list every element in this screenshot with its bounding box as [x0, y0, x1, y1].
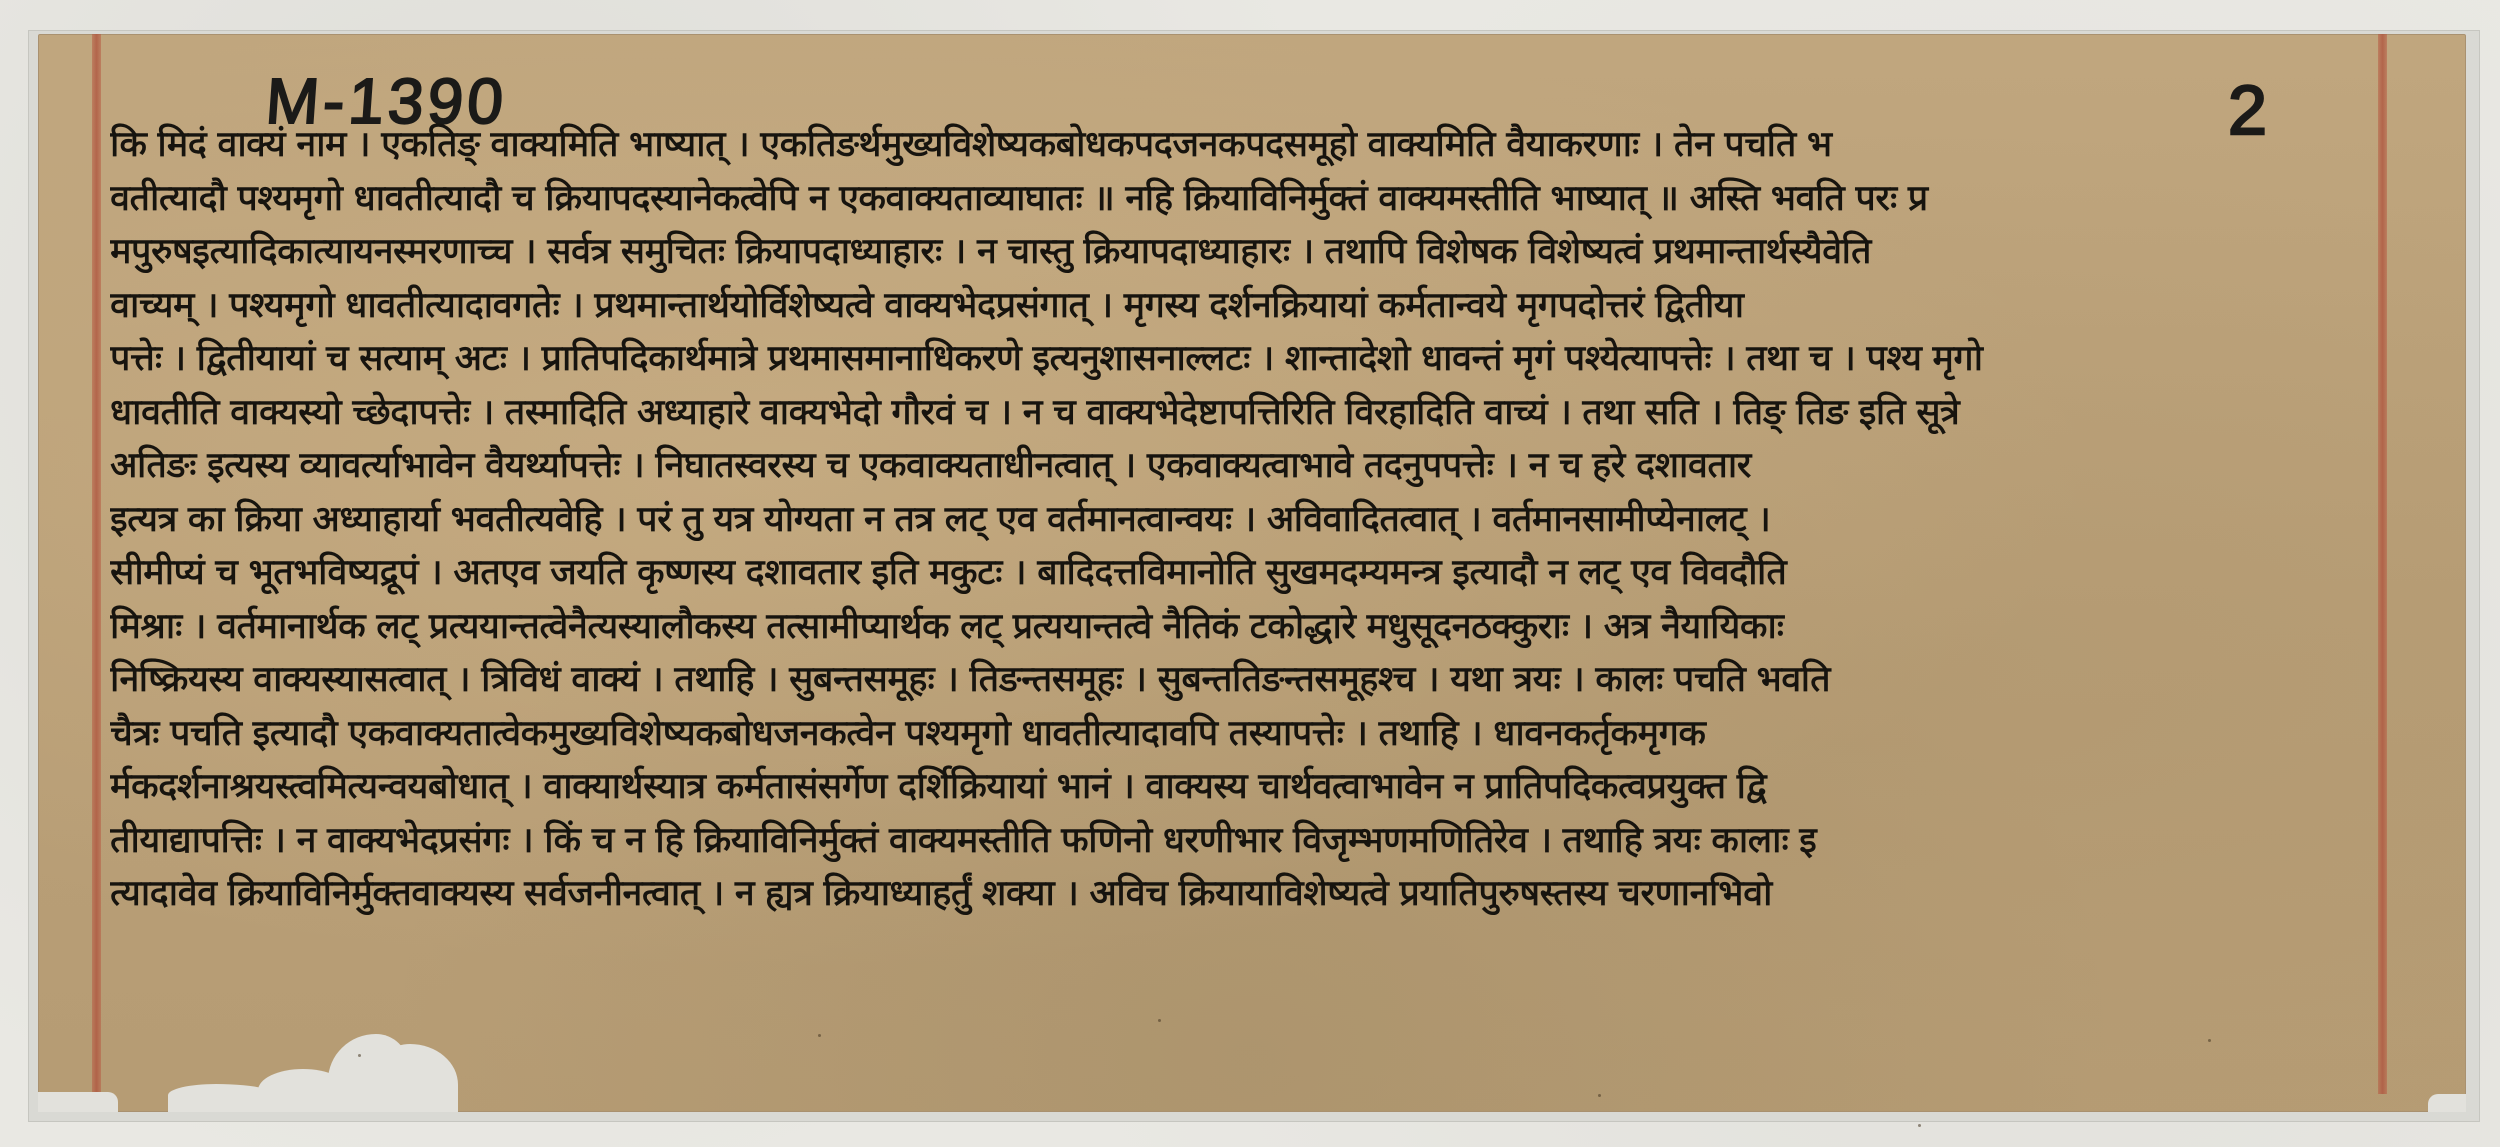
paper-speck	[818, 1034, 821, 1037]
text-line: त्यादावेव क्रियाविनिर्मुक्तवाक्यस्य सर्व…	[110, 867, 2376, 921]
text-line: इत्यत्र का क्रिया अध्याहार्या भवतीत्यवेह…	[110, 493, 2376, 547]
text-line: र्मकदर्शनाश्रयस्त्वमित्यन्वयबोधात् । वाक…	[110, 760, 2376, 814]
left-margin-rule	[92, 34, 101, 1094]
text-line: अतिङः इत्यस्य व्यावर्त्याभावेन वैयर्थ्या…	[110, 439, 2376, 493]
paper-speck	[1158, 1019, 1161, 1022]
text-line: चैत्रः पचति इत्यादौ एकवाक्यतात्वेकमुख्यव…	[110, 707, 2376, 761]
manuscript-text: कि मिदं वाक्यं नाम । एकतिङ् वाक्यमिति भा…	[110, 118, 2376, 921]
paper-speck	[2208, 1039, 2211, 1042]
manuscript-folio: M-1390 2 कि मिदं वाक्यं नाम । एकतिङ् वाक…	[38, 34, 2466, 1112]
text-line: धावतीति वाक्यस्यो च्छेदापत्तेः । तस्मादि…	[110, 386, 2376, 440]
torn-edge	[38, 1092, 118, 1112]
text-line: कि मिदं वाक्यं नाम । एकतिङ् वाक्यमिति भा…	[110, 118, 2376, 172]
paper-speck	[1598, 1094, 1601, 1097]
text-line: तीयाद्यापत्तिः । न वाक्यभेदप्रसंगः । किं…	[110, 814, 2376, 868]
text-line: वाच्यम् । पश्यमृगो धावतीत्यादावगतेः । प्…	[110, 279, 2376, 333]
paper-speck	[358, 1054, 361, 1057]
text-line: मपुरुषइत्यादिकात्यायनस्मरणाच्च । सर्वत्र…	[110, 225, 2376, 279]
text-line: निष्क्रियस्य वाक्यस्यासत्वात् । त्रिविधं…	[110, 653, 2376, 707]
text-line: पत्तेः । द्वितीयायां च सत्याम् अटः । प्र…	[110, 332, 2376, 386]
torn-edge	[2428, 1094, 2466, 1112]
text-line: मिश्राः । वर्तमानार्थक लट् प्रत्ययान्तत्…	[110, 600, 2376, 654]
right-margin-rule	[2378, 34, 2387, 1094]
text-line: सीमीप्यं च भूतभविष्यद्रूपं । अतएव जयति क…	[110, 546, 2376, 600]
paper-speck	[1918, 1124, 1921, 1127]
text-line: वतीत्यादौ पश्यमृगो धावतीत्यादौ च क्रियाप…	[110, 172, 2376, 226]
torn-edge	[378, 1044, 458, 1112]
